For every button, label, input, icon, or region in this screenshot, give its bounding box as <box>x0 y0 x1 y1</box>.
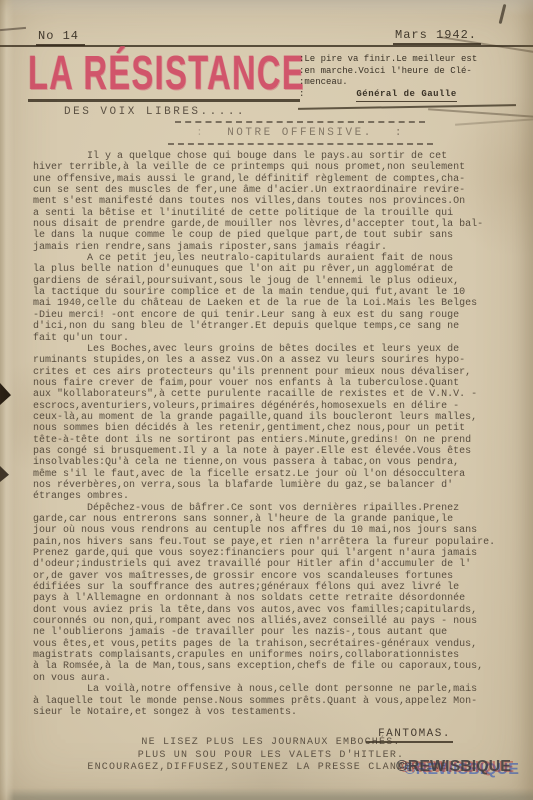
text-line: La voilà,notre offensive à nous,celle do… <box>33 684 525 695</box>
text-line: dont vous aviez pris la tête,dans vos au… <box>33 605 525 616</box>
text-line: le dans la nuque comme le coup de pied q… <box>33 230 525 241</box>
text-line: ne l'oublierons jamais -de travailler po… <box>33 627 525 638</box>
text-line: cun se sent des muscles de fer,une âme d… <box>33 185 525 196</box>
text-line: Il y a quelque chose qui bouge dans le p… <box>33 151 525 162</box>
scan-bottom-edge <box>0 788 533 800</box>
paragraph: Dépêchez-vous de bâfrer.Ce sont vos dern… <box>33 503 525 685</box>
watermark: ©REWISBIQUE ©REWISBIQUE ©REWISBIQUE <box>396 758 526 784</box>
text-line: mai 1940,celle du château de Laeken et d… <box>33 298 525 309</box>
masthead-title: LA RÉSISTANCE <box>28 50 305 98</box>
paragraph: Les Boches,avec leurs groins de bêtes do… <box>33 344 525 503</box>
text-line: aux "kollaborateurs",à cette purulente r… <box>33 389 525 400</box>
text-line: a senti la bêtise et l'inutilité de cett… <box>33 208 525 219</box>
quote-line: :Le pire va finir.Le meilleur est <box>299 54 499 66</box>
paragraph: Il y a quelque chose qui bouge dans le p… <box>33 151 525 253</box>
quote-line: :en marche.Voici l'heure de Clé- <box>299 66 499 78</box>
text-line: jamais rien rendre,sans jamais riposter,… <box>33 242 525 253</box>
text-line: ment s'est manifesté dans toutes nos vil… <box>33 196 525 207</box>
text-line: pays à l'Allemagne en ordonnant à nos so… <box>33 593 525 604</box>
text-line: la tactique du sourire complice et de la… <box>33 287 525 298</box>
text-line: d'odeur;industriels qui avez travaillé p… <box>33 559 525 570</box>
text-line: gardiens de sérail,poursuivant,sous le j… <box>33 276 525 287</box>
text-line: Dépêchez-vous de bâfrer.Ce sont vos dern… <box>33 503 525 514</box>
text-line: magistrats complaisants,crapules en unif… <box>33 650 525 661</box>
text-line: Prenez garde,qui que vous soyez:financie… <box>33 548 525 559</box>
heading-rule-top <box>175 121 425 123</box>
text-line: A ce petit jeu,les neutralo-capitulards … <box>33 253 525 264</box>
heading-colon-right: : <box>395 125 404 141</box>
text-line: sieur le Notaire,et songez à vos testame… <box>33 707 525 718</box>
text-line: ceux-là,au moment de la grande pagaille,… <box>33 412 525 423</box>
article-heading: NOTRE OFFENSIVE. <box>227 125 373 141</box>
scan-top-edge <box>0 0 533 16</box>
text-line: édifiées sur la souffrance des autres;gé… <box>33 582 525 593</box>
quote-colon: : <box>299 89 304 103</box>
text-line: Les Boches,avec leurs groins de bêtes do… <box>33 344 525 355</box>
text-line: jour où nous vous rendrons au centuple n… <box>33 525 525 536</box>
text-line: vous êtes,et vous,petits pages de la tra… <box>33 639 525 650</box>
text-line: ruminants stupides,on les a assez vus.On… <box>33 355 525 366</box>
text-line: insolvables:Qu'à cela ne tienne,on vous … <box>33 457 525 468</box>
watermark-text: ©REWISBIQUE <box>396 758 511 776</box>
quote-underline <box>298 104 516 110</box>
text-line: une offensive,mais aussi le grand,le déf… <box>33 174 525 185</box>
issue-date: Mars 1942. <box>393 28 481 45</box>
text-line: garde,car nous entrerons sans sonner,à l… <box>33 514 525 525</box>
text-line: d'ici,non du sang bleu de l'étranger.Et … <box>33 321 525 332</box>
text-line: nos réverbères,on verra,sous la blafarde… <box>33 480 525 491</box>
text-line: même s'il le faut,avec de la ficelle ers… <box>33 469 525 480</box>
quote-line: :menceau. <box>299 77 499 89</box>
text-line: on vous aura. <box>33 673 525 684</box>
heading-rule-bottom <box>168 143 433 145</box>
article-heading-block: : NOTRE OFFENSIVE. : <box>175 121 425 145</box>
gaulle-quote: :Le pire va finir.Le meilleur est:en mar… <box>299 54 499 102</box>
masthead-underline <box>28 99 300 102</box>
text-line: hiver terrible,à la veille de ce printem… <box>33 162 525 173</box>
paragraph: La voilà,notre offensive à nous,celle do… <box>33 684 525 718</box>
newspaper-page: No 14 Mars 1942. LA RÉSISTANCE :Le pire … <box>0 0 533 800</box>
text-line: crites et ces airs protecteurs qu'ils pr… <box>33 367 525 378</box>
text-line: pain,nos hivers sans feu.Tout se paye,et… <box>33 537 525 548</box>
text-line: or,de gaver vos maîtresses,de grossir en… <box>33 571 525 582</box>
issue-number: No 14 <box>36 29 85 46</box>
paragraph: A ce petit jeu,les neutralo-capitulards … <box>33 253 525 344</box>
text-line: nous sommes bien décidés à les retenir,g… <box>33 423 525 434</box>
text-line: nous disait de prendre garde,de mouiller… <box>33 219 525 230</box>
text-line: étranges ombres. <box>33 491 525 502</box>
article-body: Il y a quelque chose qui bouge dans le p… <box>33 151 525 718</box>
text-line: escrocs,aventuriers,voleurs,primaires dé… <box>33 401 525 412</box>
masthead-tagline: DES VOIX LIBRES..... <box>64 106 246 118</box>
quote-lines: :Le pire va finir.Le meilleur est:en mar… <box>299 54 499 89</box>
text-line: couronnés ou non,qui,rompant avec nos al… <box>33 616 525 627</box>
text-line: tête-à-tête dont ils ne sortiront pas en… <box>33 435 525 446</box>
quote-attribution: Général de Gaulle <box>356 89 456 103</box>
crease-line <box>455 118 533 126</box>
slogan-line: NE LISEZ PLUS LES JOURNAUX EMBOCHÉS. <box>36 737 506 750</box>
text-line: à la Romsée,à la de Man,tous,sans except… <box>33 661 525 672</box>
text-line: à laquelle tout le monde pense.Nous somm… <box>33 696 525 707</box>
text-line: -Dieu merci! -ont encore de qui tenir.Le… <box>33 310 525 321</box>
text-line: fait qu'un tour. <box>33 333 525 344</box>
text-line: la plus belle nation d'eunuques que l'on… <box>33 264 525 275</box>
crease-line <box>428 108 533 118</box>
heading-colon-left: : <box>196 125 205 141</box>
text-line: pas congé si brusquement.Il y a la note … <box>33 446 525 457</box>
quote-attribution-row: : Général de Gaulle <box>299 89 499 103</box>
heading-row: : NOTRE OFFENSIVE. : <box>175 125 425 141</box>
text-line: nous faire crever de faim,pour vouer nos… <box>33 378 525 389</box>
